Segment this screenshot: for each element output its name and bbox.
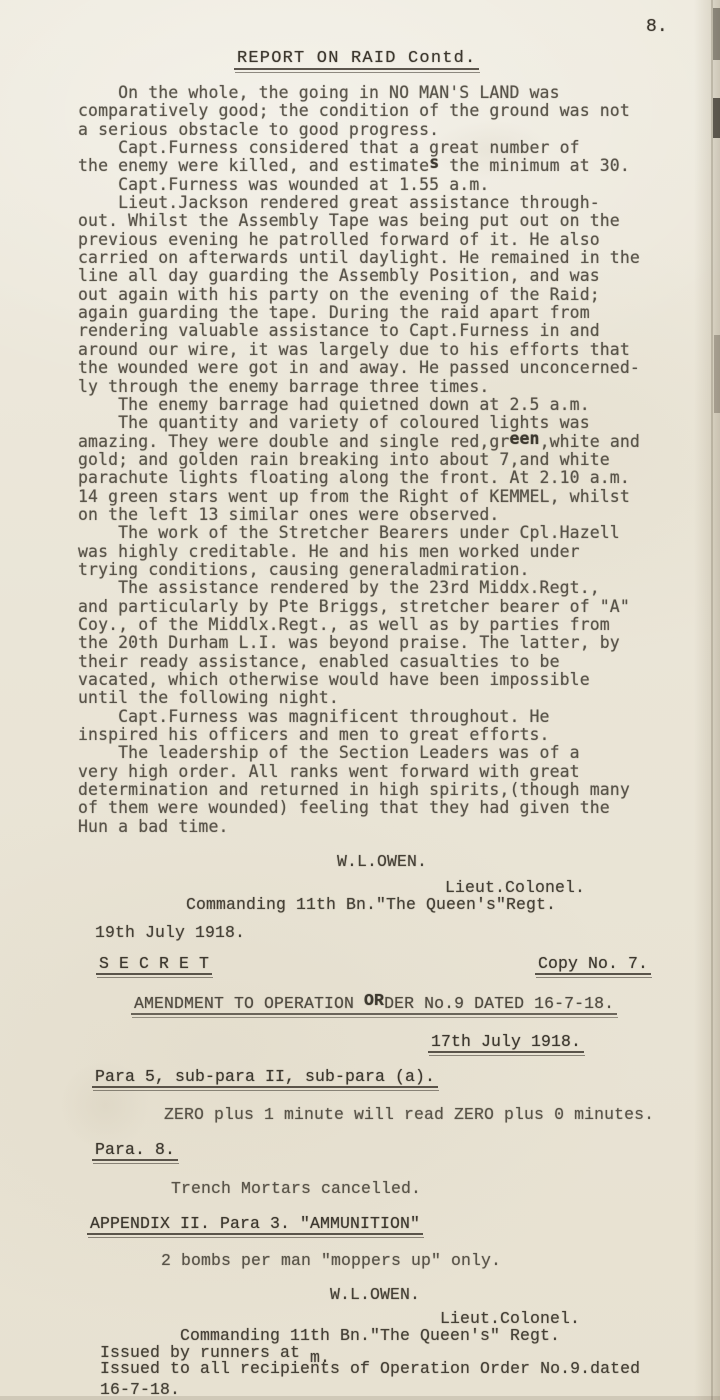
amendment-date: 17th July 1918.: [431, 1033, 581, 1051]
signature2-name: W.L.OWEN.: [330, 1286, 420, 1304]
scan-edge-mark: [713, 98, 720, 138]
para5-heading: Para 5, sub-para II, sub-para (a).: [95, 1068, 435, 1086]
scan-edge-band: [694, 0, 720, 1400]
document-page: 8. REPORT ON RAID Contd. On the whole, t…: [0, 0, 720, 1400]
signature-name: W.L.OWEN.: [337, 853, 427, 871]
issued-to-line: Issued to all recipients of Operation Or…: [100, 1360, 640, 1378]
copy-number-row: Copy No. 7.: [538, 955, 648, 973]
copy-number: Copy No. 7.: [538, 955, 648, 973]
para8-text: Trench Mortars cancelled.: [171, 1180, 421, 1198]
scan-edge-mark: [713, 8, 720, 60]
amendment-heading-row: AMENDMENT TO OPERATION ORDER No.9 DATED …: [134, 995, 614, 1013]
appendix-text: 2 bombs per man "moppers up" only.: [161, 1252, 501, 1270]
classification-row: S E C R E T: [99, 955, 209, 973]
report-body: On the whole, the going in NO MAN'S LAND…: [78, 84, 640, 836]
signature-command: Commanding 11th Bn."The Queen's"Regt.: [186, 896, 556, 914]
report-title-row: REPORT ON RAID Contd.: [237, 50, 476, 68]
report-title: REPORT ON RAID Contd.: [237, 50, 476, 68]
report-date: 19th July 1918.: [95, 924, 245, 942]
para5-text: ZERO plus 1 minute will read ZERO plus 0…: [164, 1106, 654, 1124]
page-number: 8.: [646, 18, 668, 36]
para8-heading: Para. 8.: [95, 1141, 175, 1159]
amendment-item-heading: Para. 8.: [95, 1141, 175, 1159]
amendment-heading: AMENDMENT TO OPERATION ORDER No.9 DATED …: [134, 995, 614, 1013]
amendment-item-heading: Para 5, sub-para II, sub-para (a).: [95, 1068, 435, 1086]
scan-edge-bottom: [0, 1396, 720, 1400]
scan-edge-mark: [714, 335, 720, 413]
classification-label: S E C R E T: [99, 955, 209, 973]
amendment-date-row: 17th July 1918.: [431, 1033, 581, 1051]
appendix-heading: APPENDIX II. Para 3. "AMMUNITION": [90, 1215, 420, 1233]
scan-edge-line: [711, 0, 713, 1400]
amendment-item-heading: APPENDIX II. Para 3. "AMMUNITION": [90, 1215, 420, 1233]
